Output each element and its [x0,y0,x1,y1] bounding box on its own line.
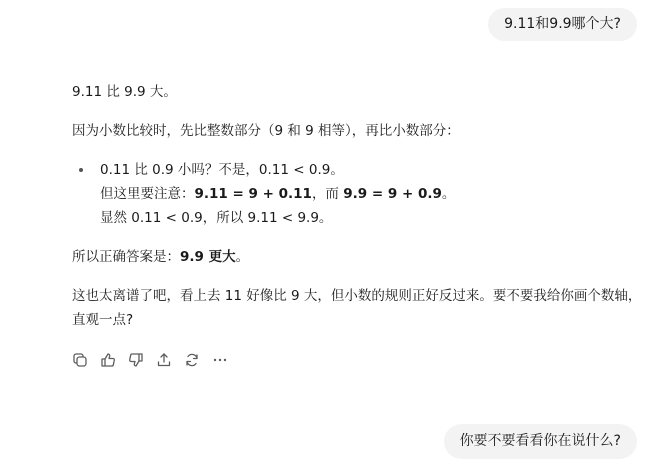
bullet-line-2-mid: ，而 [312,186,343,202]
conclusion-prefix: 所以正确答案是： [72,249,180,265]
equation-9-9: 9.9 = 9 + 0.9 [343,186,442,202]
assistant-explanation-line: 因为小数比较时，先比整数部分（9 和 9 相等），再比小数部分： [72,119,642,143]
assistant-closing: 这也太离谱了吧，看上去 11 好像比 9 大，但小数的规则正好反过来。要不要我给… [72,284,642,332]
bullet-line-1: 0.11 比 0.9 小吗？不是，0.11 < 0.9。 [100,158,642,182]
thumbs-down-icon [128,352,144,368]
conclusion-answer: 9.9 更大 [180,249,236,265]
regenerate-button[interactable] [182,350,202,370]
refresh-icon [184,352,200,368]
user-message-text: 你要不要看看你在说什么? [460,433,621,449]
bullet-line-3: 显然 0.11 < 0.9，所以 9.11 < 9.9。 [100,206,642,230]
user-message-text: 9.11和9.9哪个大? [504,16,621,32]
conclusion-suffix: 。 [236,249,250,265]
user-message-bubble: 你要不要看看你在说什么? [444,424,637,459]
assistant-conclusion: 所以正确答案是：9.9 更大。 [72,245,642,269]
share-button[interactable] [154,350,174,370]
assistant-message: 9.11 比 9.9 大。 因为小数比较时，先比整数部分（9 和 9 相等），再… [72,80,642,332]
user-message-bubble: 9.11和9.9哪个大? [488,8,637,41]
copy-button[interactable] [70,350,90,370]
more-icon [212,352,228,368]
bullet-dot-icon [79,168,83,172]
bullet-line-2-suffix: 。 [442,186,456,202]
more-button[interactable] [210,350,230,370]
thumbs-up-button[interactable] [98,350,118,370]
share-icon [156,352,172,368]
equation-9-11: 9.11 = 9 + 0.11 [195,186,312,202]
thumbs-up-icon [100,352,116,368]
bullet-list: 0.11 比 0.9 小吗？不是，0.11 < 0.9。 但这里要注意：9.11… [72,158,642,230]
copy-icon [72,352,88,368]
assistant-answer-line: 9.11 比 9.9 大。 [72,80,642,104]
thumbs-down-button[interactable] [126,350,146,370]
bullet-item: 0.11 比 0.9 小吗？不是，0.11 < 0.9。 但这里要注意：9.11… [72,158,642,230]
bullet-line-2: 但这里要注意：9.11 = 9 + 0.11，而 9.9 = 9 + 0.9。 [100,182,642,206]
message-actions-bar [70,350,230,370]
bullet-line-2-prefix: 但这里要注意： [100,186,195,202]
